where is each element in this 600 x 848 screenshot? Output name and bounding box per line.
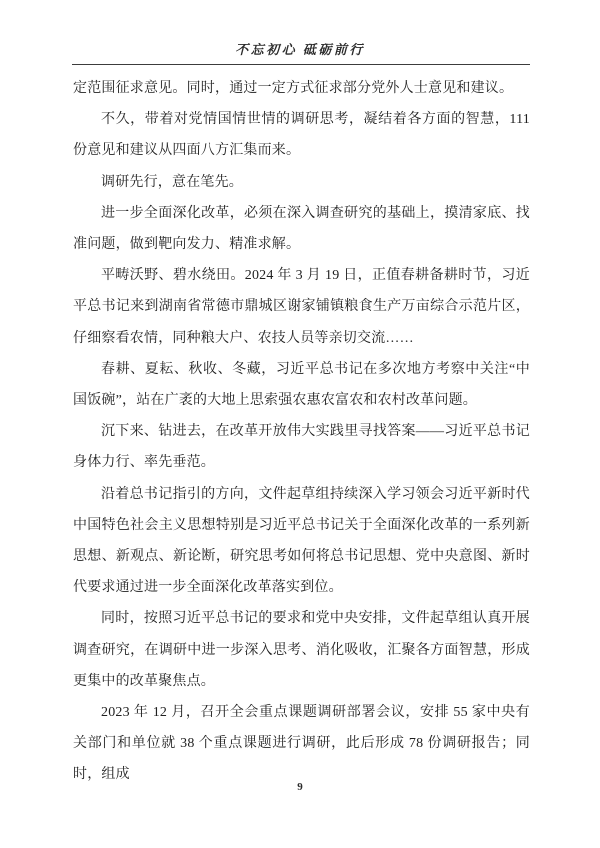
paragraph: 进一步全面深化改革，必须在深入调查研究的基础上，摸清家底、找准问题，做到靶向发力… xyxy=(73,198,530,260)
paragraph: 调研先行，意在笔先。 xyxy=(73,167,530,198)
document-page: 不忘初心 砥砺前行 定范围征求意见。同时，通过一定方式征求部分党外人士意见和建议… xyxy=(0,0,600,848)
document-body: 定范围征求意见。同时，通过一定方式征求部分党外人士意见和建议。 不久，带着对党情… xyxy=(73,73,530,791)
header-title: 不忘初心 砥砺前行 xyxy=(235,42,365,57)
header-divider xyxy=(72,64,530,65)
paragraph: 同时，按照习近平总书记的要求和党中央安排，文件起草组认真开展调查研究，在调研中进… xyxy=(73,603,530,697)
paragraph: 沉下来、钻进去，在改革开放伟大实践里寻找答案——习近平总书记身体力行、率先垂范。 xyxy=(73,416,530,478)
page-header: 不忘初心 砥砺前行 xyxy=(0,39,600,58)
paragraph: 不久，带着对党情国情世情的调研思考，凝结着各方面的智慧，111 份意见和建议从四… xyxy=(73,104,530,166)
paragraph: 定范围征求意见。同时，通过一定方式征求部分党外人士意见和建议。 xyxy=(73,73,530,104)
paragraph: 2023 年 12 月，召开全会重点课题调研部署会议，安排 55 家中央有关部门… xyxy=(73,697,530,791)
page-number: 9 xyxy=(297,781,303,793)
paragraph: 沿着总书记指引的方向，文件起草组持续深入学习领会习近平新时代中国特色社会主义思想… xyxy=(73,479,530,604)
page-footer: 9 xyxy=(0,781,600,793)
paragraph: 春耕、夏耘、秋收、冬藏，习近平总书记在多次地方考察中关注“中国饭碗”，站在广袤的… xyxy=(73,354,530,416)
paragraph: 平畴沃野、碧水绕田。2024 年 3 月 19 日，正值春耕备耕时节，习近平总书… xyxy=(73,260,530,354)
